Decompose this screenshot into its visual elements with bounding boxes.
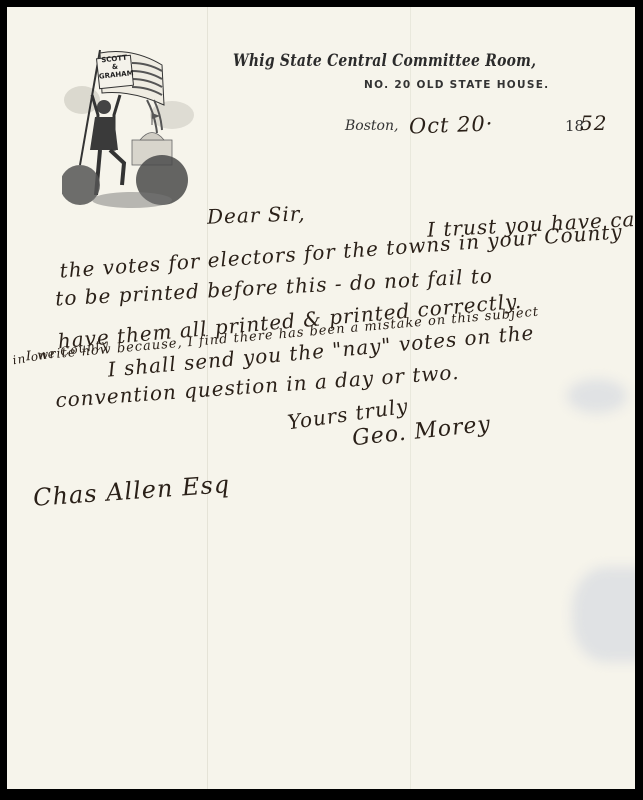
salutation: Dear Sir, (207, 201, 306, 228)
letterhead-city: Boston, (345, 118, 398, 134)
handwritten-year: 52 (580, 111, 607, 135)
handwritten-date: Oct 20· (409, 112, 494, 139)
letter-sheet: SCOTT & GRAHAM Whig State Central Commit… (7, 7, 635, 789)
paper-stain (572, 567, 635, 662)
letterhead-vignette: SCOTT & GRAHAM (62, 45, 197, 210)
letterhead-address: NO. 20 OLD STATE HOUSE. (364, 79, 549, 91)
addressee: Chas Allen Esq (32, 470, 231, 512)
letterhead-title: Whig State Central Committee Room, (233, 51, 536, 71)
paper-stain (567, 379, 627, 413)
flag-label: SCOTT & GRAHAM (97, 53, 133, 80)
